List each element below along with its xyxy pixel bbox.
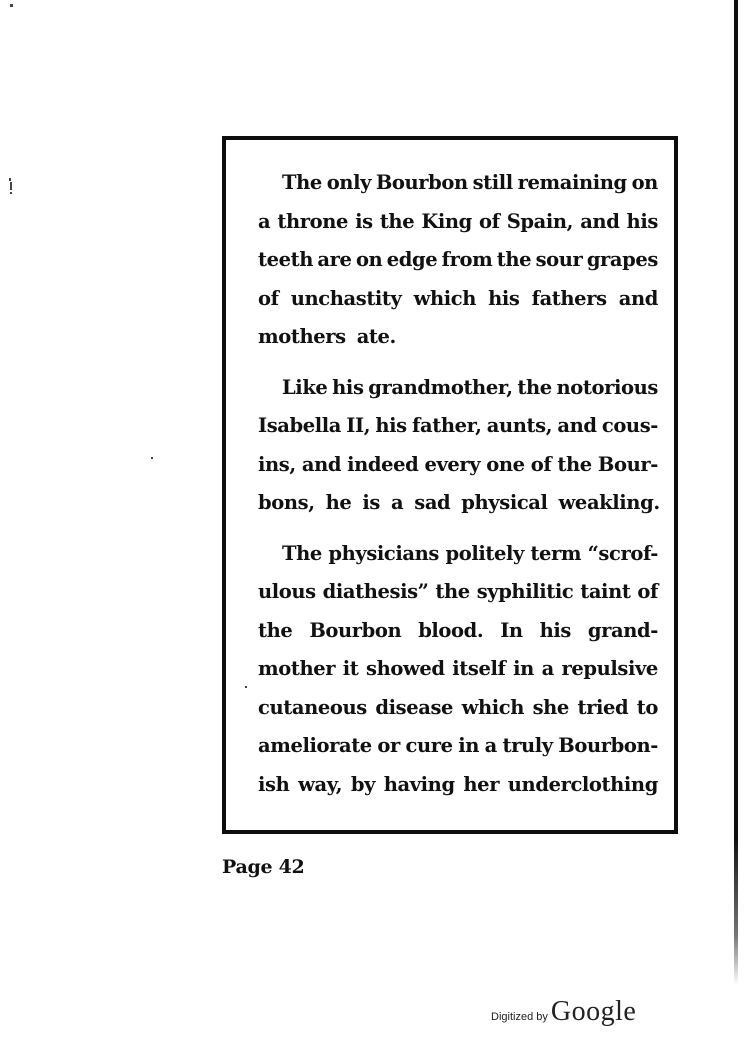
word: aunts,	[487, 407, 552, 446]
word: which	[414, 280, 476, 319]
word: is	[362, 484, 380, 523]
word: ameliorate	[258, 727, 372, 766]
word: on	[356, 241, 382, 280]
word: The	[282, 164, 322, 203]
paragraph-gap	[258, 357, 658, 369]
word: truly	[502, 727, 552, 766]
word: is	[355, 203, 373, 242]
word: of	[531, 446, 552, 485]
digitized-by-google-watermark: Digitized by Google	[491, 996, 636, 1028]
text-line: motheritshoweditselfinarepulsive	[258, 650, 658, 689]
word: way,	[298, 766, 342, 805]
word: the	[497, 241, 531, 280]
word: still	[473, 164, 513, 203]
word: Spain,	[507, 203, 573, 242]
word: his	[627, 203, 658, 242]
word: in	[458, 727, 479, 766]
scan-speck	[10, 4, 13, 7]
word: physicians	[328, 535, 439, 574]
word: Like	[282, 369, 327, 408]
word: a	[391, 484, 403, 523]
word: the	[517, 369, 551, 408]
word: notorious	[557, 369, 658, 408]
word: The	[282, 535, 322, 574]
scan-speck	[10, 192, 12, 194]
text-line: theBourbonblood.Inhisgrand-	[258, 612, 658, 651]
word: are	[317, 241, 351, 280]
word: In	[500, 612, 523, 651]
word: which	[462, 689, 524, 728]
word: a	[258, 203, 270, 242]
word: ate.	[357, 318, 396, 357]
word: ins,	[258, 446, 296, 485]
text-line: athroneistheKingofSpain,andhis	[258, 203, 658, 242]
word: every	[424, 446, 480, 485]
word: to	[637, 689, 658, 728]
word: it	[343, 650, 359, 689]
text-line: TheonlyBourbonstillremainingon	[258, 164, 658, 203]
text-line: ofunchastitywhichhisfathersand	[258, 280, 658, 319]
word: the	[258, 612, 292, 651]
word: throne	[277, 203, 348, 242]
page-edge-line	[734, 0, 738, 985]
word: sad	[414, 484, 450, 523]
word: Bourbon	[309, 612, 401, 651]
text-line: ishway,byhavingherunderclothing	[258, 766, 658, 805]
word: on	[632, 164, 658, 203]
word: and	[619, 280, 658, 319]
word: grapes	[587, 241, 658, 280]
word: unchastity	[291, 280, 402, 319]
word: his	[375, 407, 406, 446]
word: Isabella	[258, 407, 341, 446]
word: a	[485, 727, 497, 766]
google-logo-text: Google	[551, 996, 636, 1028]
scan-speck	[10, 182, 12, 190]
scan-speck	[9, 178, 11, 181]
word: of	[637, 573, 658, 612]
word: his	[540, 612, 571, 651]
word: disease	[375, 689, 453, 728]
word: grand-	[588, 612, 658, 651]
text-line: mothersate.	[258, 318, 658, 357]
word: and	[302, 446, 341, 485]
word: and	[557, 407, 596, 446]
page-number: Page 42	[222, 856, 304, 878]
text-line: ins,andindeedeveryoneoftheBour-	[258, 446, 658, 485]
word: she	[533, 689, 569, 728]
word: blood.	[418, 612, 483, 651]
word: the	[435, 573, 469, 612]
word: cure	[406, 727, 453, 766]
word: remaining	[518, 164, 627, 203]
word: Bour-	[598, 446, 658, 485]
text-line: cutaneousdiseasewhichshetriedto	[258, 689, 658, 728]
word: repulsive	[562, 650, 658, 689]
word: a	[542, 650, 554, 689]
word: Bourbon	[376, 164, 468, 203]
word: he	[326, 484, 352, 523]
word: teeth	[258, 241, 313, 280]
word: his	[332, 369, 363, 408]
word: father,	[412, 407, 481, 446]
word: weakling.	[559, 484, 660, 523]
text-line: Thephysicianspolitelyterm“scrof-	[258, 535, 658, 574]
scan-speck	[151, 457, 153, 459]
word: showed	[366, 650, 445, 689]
word: fathers	[532, 280, 607, 319]
word: King	[421, 203, 472, 242]
word: by	[351, 766, 375, 805]
word: bons,	[258, 484, 315, 523]
word: diathesis”	[323, 573, 429, 612]
word: grandmother,	[368, 369, 512, 408]
text-line: ameliorateorcureinatrulyBourbon-	[258, 727, 658, 766]
word: taint	[580, 573, 630, 612]
word: sour	[536, 241, 583, 280]
word: II,	[346, 407, 370, 446]
text-line: bons,heisasadphysicalweakling.	[258, 484, 658, 523]
word: and	[580, 203, 619, 242]
word: ulous	[258, 573, 316, 612]
word: or	[377, 727, 399, 766]
word: of	[258, 280, 279, 319]
word: tried	[578, 689, 629, 728]
watermark-prefix: Digitized by	[491, 1011, 548, 1023]
word: his	[488, 280, 519, 319]
word: mother	[258, 650, 335, 689]
word: indeed	[347, 446, 418, 485]
word: only	[327, 164, 371, 203]
text-frame: TheonlyBourbonstillremainingonathroneist…	[222, 136, 678, 834]
paragraph-gap	[258, 523, 658, 535]
word: mothers	[258, 318, 346, 357]
body-text: TheonlyBourbonstillremainingonathroneist…	[258, 164, 658, 804]
text-line: teethareonedgefromthesourgrapes	[258, 241, 658, 280]
word: from	[442, 241, 493, 280]
word: the	[380, 203, 414, 242]
word: physical	[461, 484, 547, 523]
word: having	[384, 766, 455, 805]
word: ish	[258, 766, 289, 805]
word: “scrof-	[588, 535, 658, 574]
word: of	[479, 203, 500, 242]
text-line: Likehisgrandmother,thenotorious	[258, 369, 658, 408]
text-line: ulousdiathesis”thesyphilitictaintof	[258, 573, 658, 612]
word: one	[486, 446, 524, 485]
word: term	[530, 535, 581, 574]
word: itself	[452, 650, 505, 689]
word: politely	[445, 535, 523, 574]
word: in	[513, 650, 534, 689]
word: cous-	[602, 407, 658, 446]
word: syphilitic	[477, 573, 574, 612]
word: underclothing	[508, 766, 658, 805]
word: Bourbon-	[558, 727, 658, 766]
text-line: IsabellaII,hisfather,aunts,andcous-	[258, 407, 658, 446]
word: cutaneous	[258, 689, 367, 728]
word: edge	[387, 241, 437, 280]
word: the	[557, 446, 591, 485]
word: her	[463, 766, 499, 805]
